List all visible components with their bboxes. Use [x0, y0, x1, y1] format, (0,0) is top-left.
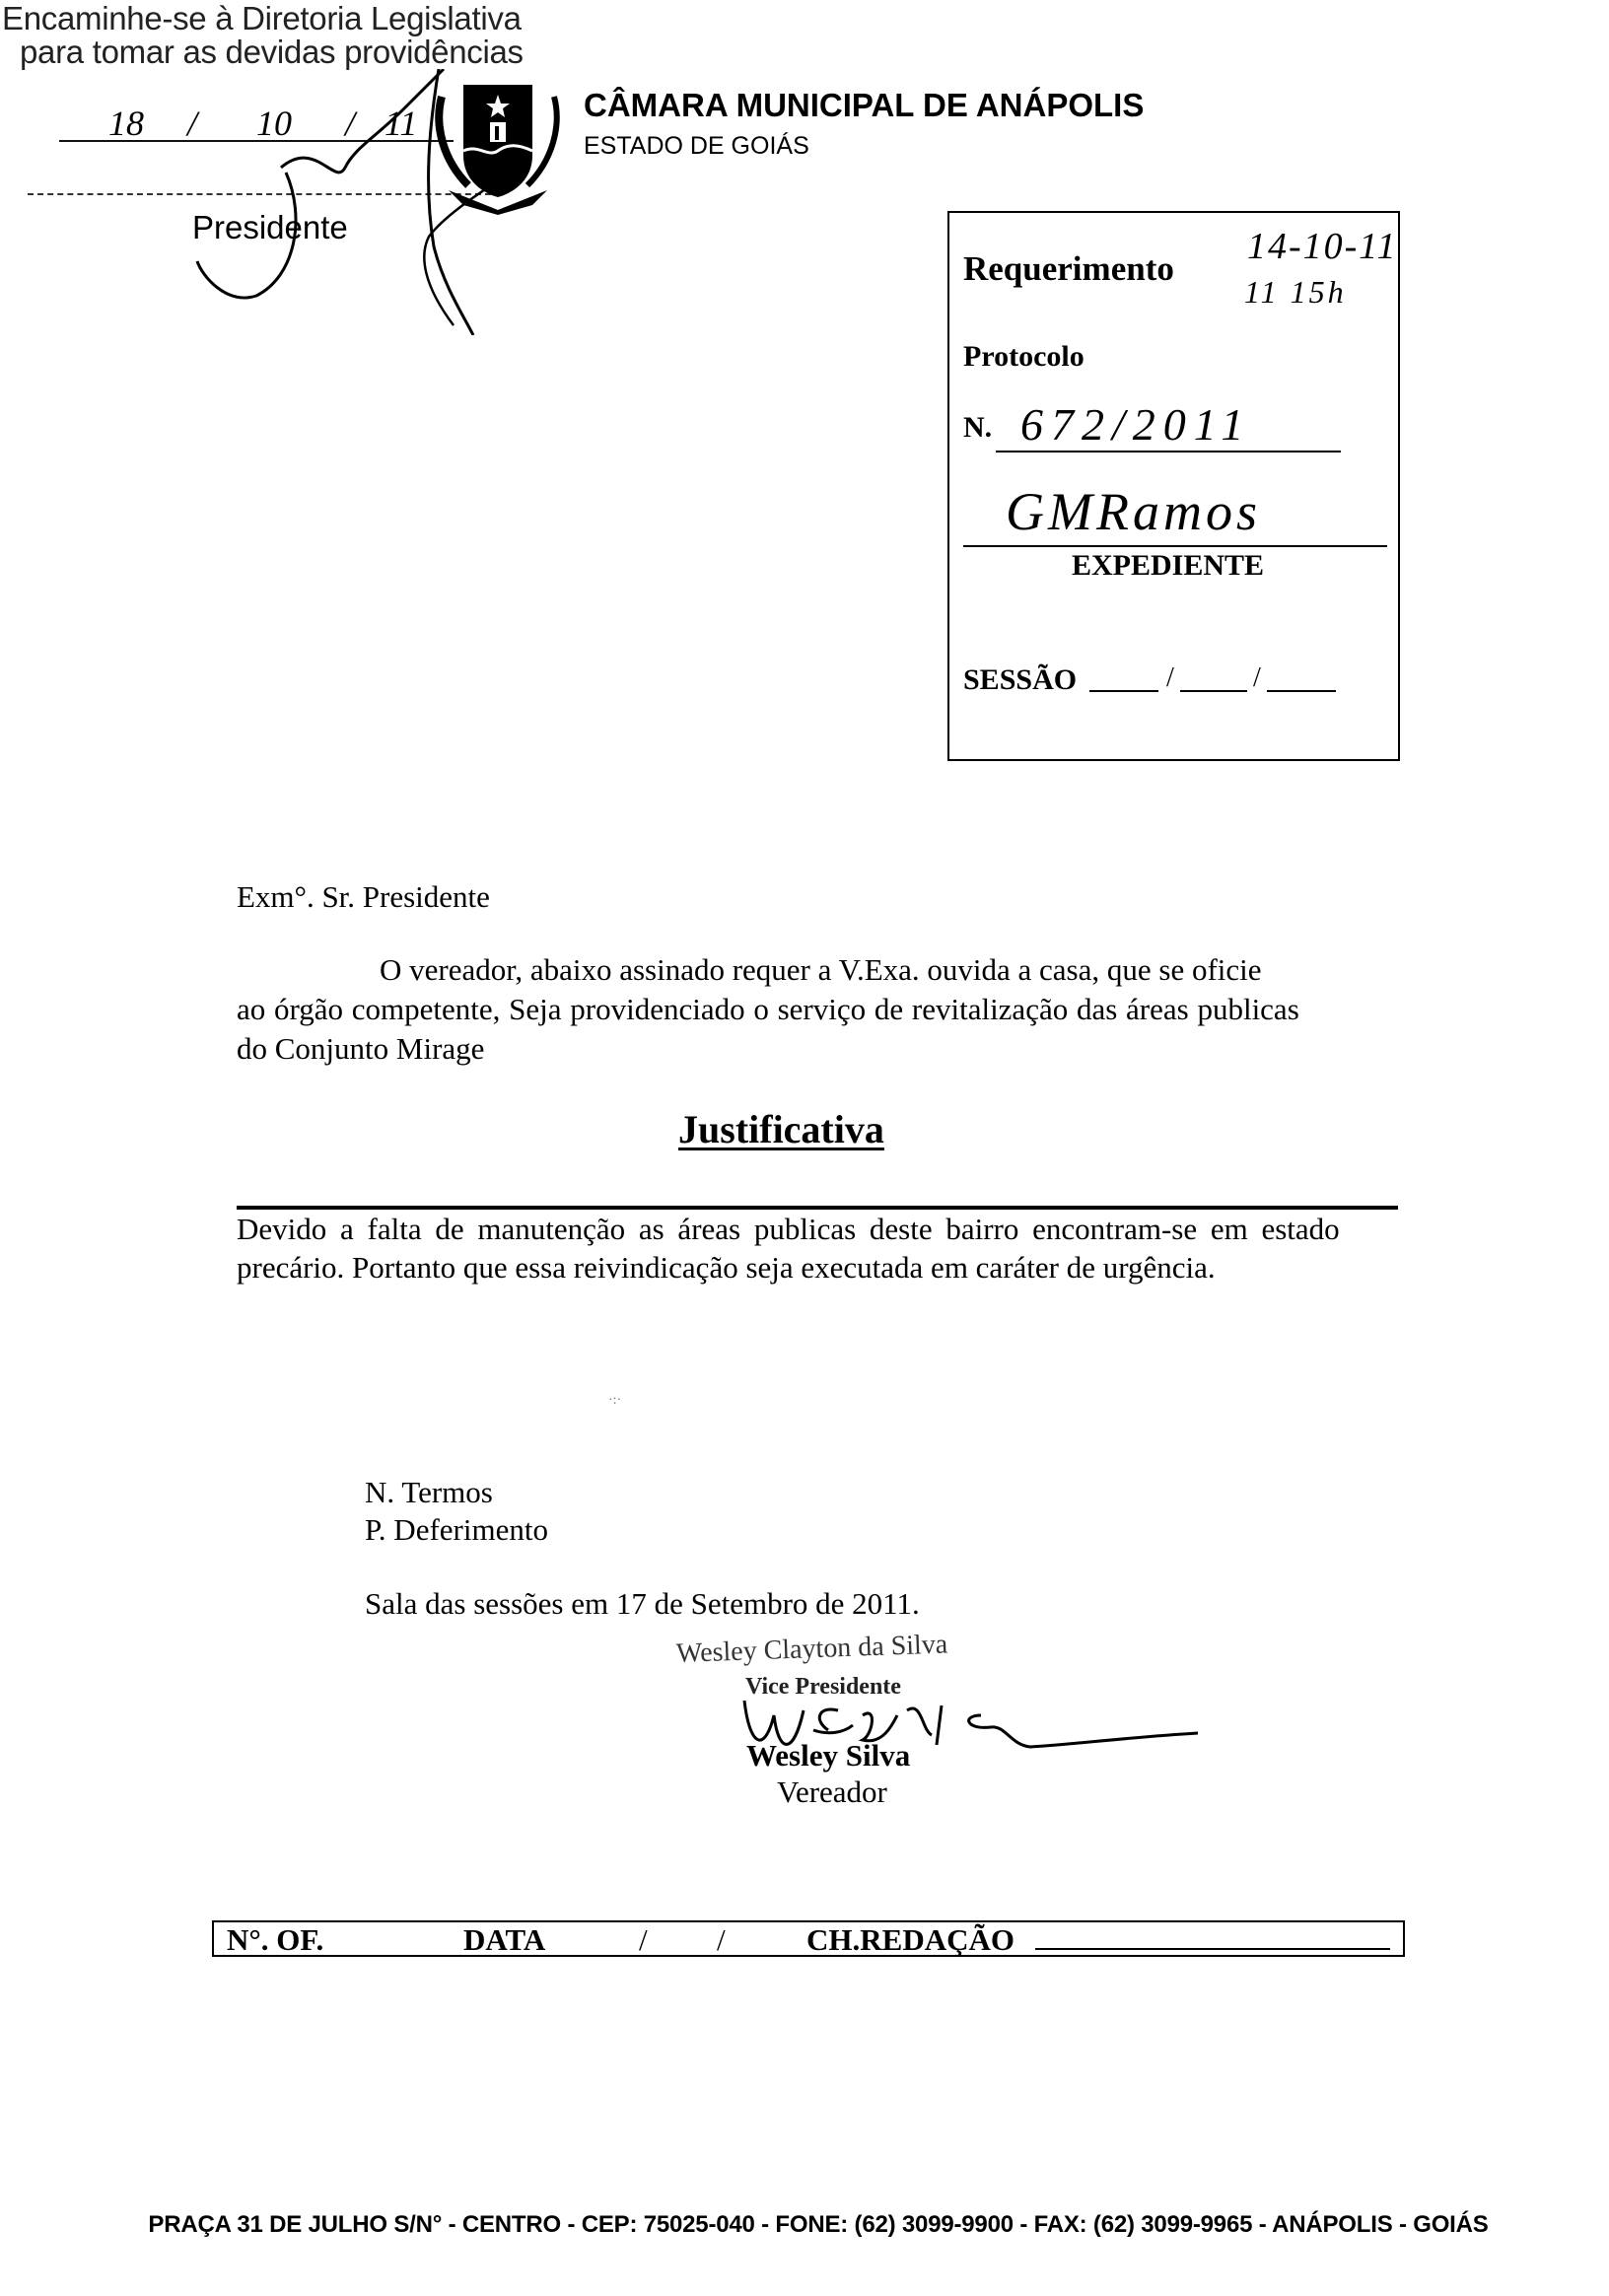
- dispatch-stamp-line-2: para tomar as devidas providências: [20, 34, 524, 71]
- protocol-session-date-blanks: / /: [1089, 690, 1331, 692]
- protocol-number-value: 672/2011: [1020, 398, 1251, 451]
- date-separator: /: [1166, 662, 1174, 694]
- justification-heading: Justificativa: [678, 1106, 884, 1152]
- scan-artifact: ·:·: [608, 1393, 621, 1409]
- office-number-label: N°. OF.: [227, 1922, 323, 1958]
- protocol-box-title: Requerimento: [963, 249, 1174, 289]
- date-separator: /: [1253, 662, 1261, 694]
- blank-line: [1180, 690, 1247, 692]
- redaction-chief-line: [1035, 1948, 1390, 1950]
- justification-line: precário. Portanto que essa reivindicaçã…: [237, 1250, 1216, 1286]
- redaction-chief-label: CH.REDAÇÃO: [806, 1922, 1014, 1958]
- protocol-label: Protocolo: [963, 340, 1084, 374]
- protocol-signature-line: [963, 545, 1387, 547]
- protocol-section-label: EXPEDIENTE: [1072, 549, 1264, 583]
- closing-deferment: P. Deferimento: [365, 1512, 548, 1548]
- protocol-handwritten-date: 14-10-11: [1247, 225, 1398, 268]
- protocol-handwritten-time: 11 15h: [1244, 274, 1347, 311]
- closing-terms: N. Termos: [365, 1475, 493, 1510]
- footer-address: PRAÇA 31 DE JULHO S/N° - CENTRO - CEP: 7…: [118, 2211, 1518, 2239]
- protocol-number-label: N.: [963, 411, 992, 445]
- protocol-clerk-signature: GMRamos: [1006, 481, 1261, 542]
- date-separator: /: [639, 1922, 648, 1958]
- dispatch-stamp-line-1: Encaminhe-se à Diretoria Legislativa: [2, 0, 522, 37]
- organization-state: ESTADO DE GOIÁS: [584, 132, 809, 161]
- request-paragraph-line: ao órgão competente, Seja providenciado …: [237, 992, 1299, 1027]
- signature-stamp-name: Wesley Clayton da Silva: [675, 1629, 947, 1670]
- justification-rule: [237, 1206, 1398, 1210]
- redaction-date-label: DATA: [463, 1922, 545, 1958]
- justification-line: Devido a falta de manutenção as áreas pu…: [237, 1212, 1340, 1247]
- request-paragraph-line: do Conjunto Mirage: [237, 1031, 484, 1067]
- protocol-session-label: SESSÃO: [963, 663, 1077, 697]
- request-paragraph-line: O vereador, abaixo assinado requer a V.E…: [380, 952, 1262, 988]
- blank-line: [1267, 690, 1336, 692]
- date-separator: /: [717, 1922, 726, 1958]
- signatory-name: Wesley Silva: [746, 1738, 910, 1774]
- blank-line: [1089, 690, 1158, 692]
- coat-of-arms-icon: [434, 67, 562, 215]
- dispatch-date-day: 18: [108, 103, 144, 144]
- place-and-date: Sala das sessões em 17 de Setembro de 20…: [365, 1586, 920, 1622]
- salutation: Exm°. Sr. Presidente: [237, 879, 490, 915]
- protocol-number-line: [996, 451, 1341, 452]
- signatory-title: Vereador: [777, 1774, 887, 1810]
- organization-name: CÂMARA MUNICIPAL DE ANÁPOLIS: [584, 87, 1144, 124]
